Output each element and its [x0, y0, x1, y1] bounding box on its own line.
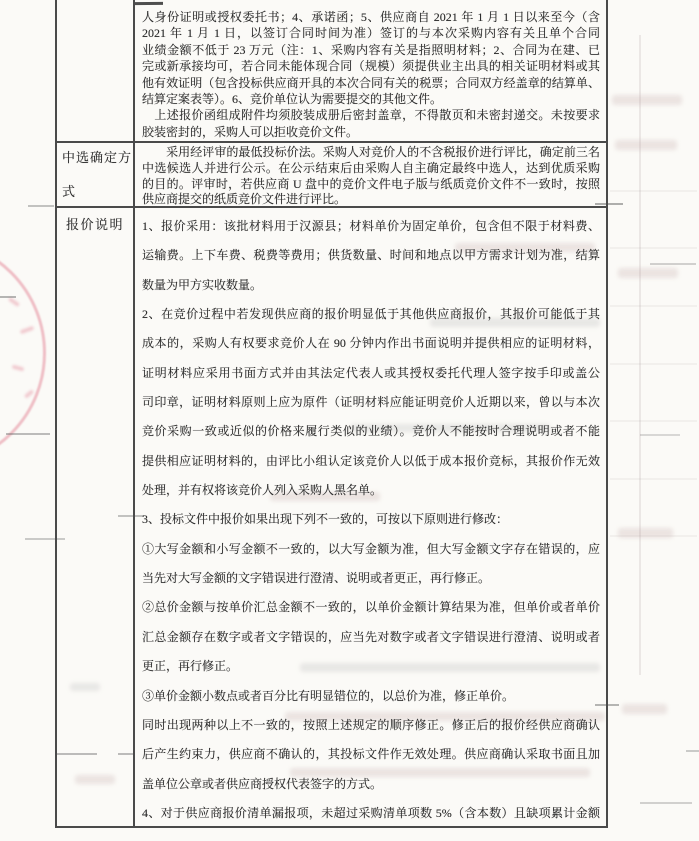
text-line: 2021 年 1 月 1 日，以签订合同时间为准）签订的与本次采购内容有关且单个… [142, 25, 600, 41]
bleed-through-mark [622, 704, 667, 714]
bleed-through-mark [615, 140, 677, 150]
bleed-through-line [610, 478, 697, 480]
text-line: 同时出现两种以上不一致的，按照上述规定的顺序修正。修正后的报价经供应商确认 [142, 711, 600, 740]
text-line: 人身份证明或授权委托书；4、承诺函；5、供应商自 2021 年 1 月 1 日以… [142, 9, 600, 25]
text-line: 他有效证明（包含投标供应商开具的本次合同有关的税票；合同双方经盖章的结算单、 [142, 75, 600, 91]
text-line: 1、报价采用：该批材料用于汉源县；材料单价为固定单价，包含但不限于材料费、 [142, 212, 600, 241]
bleed-through-line [610, 305, 697, 307]
red-seal-edge-mark [0, 238, 46, 468]
text-line: 汇总金额存在数字或者文字错误的，应当先对数字或者文字错误进行澄清、说明或者 [142, 623, 600, 652]
bleed-through-line [639, 35, 641, 675]
table-border-right [606, 0, 608, 828]
red-seal-fragment [8, 297, 20, 307]
scan-artifact-dash [6, 433, 50, 435]
row-label-quotation-notes: 报价说明 [55, 214, 135, 233]
table-cell-selection-method: 采用经评审的最低投标价法。采购人对竞价人的不含税报价进行评比，确定前三名中选候选… [142, 145, 600, 208]
table-cell-quotation-notes: 1、报价采用：该批材料用于汉源县；材料单价为固定单价，包含但不限于材料费、运输费… [142, 212, 600, 828]
bleed-through-mark [618, 268, 678, 278]
text-line: 供应商提交的纸质竞价文件进行评比。 [142, 192, 600, 208]
document-page: 人身份证明或授权委托书；4、承诺函；5、供应商自 2021 年 1 月 1 日以… [0, 0, 699, 841]
text-line: 3、投标文件中报价如果出现下列不一致的，可按以下原则进行修改： [142, 505, 600, 534]
bleed-through-line [610, 535, 697, 537]
text-line: 处理，并有权将该竞价人列入采购人黑名单。 [142, 476, 600, 505]
terms-table: 人身份证明或授权委托书；4、承诺函；5、供应商自 2021 年 1 月 1 日以… [55, 0, 608, 841]
bleed-through-line [610, 247, 697, 249]
text-line: 4、对于供应商报价清单漏报项，未超过采购清单项数 5%（含本数）且缺项累计金额 [142, 799, 600, 828]
row-label-line: 式 [62, 175, 132, 209]
table-column-divider [133, 0, 135, 828]
text-line: 2、在竞价过程中若发现供应商的报价明显低于其他供应商报价，其报价可能低于其 [142, 300, 600, 329]
text-line: 运输费。上下车费、税费等费用；供货数量、时间和地点以甲方需求计划为准，结算 [142, 241, 600, 270]
text-line: 采用经评审的最低投标价法。采购人对竞价人的不含税报价进行评比，确定前三名 [142, 145, 600, 161]
scan-artifact-dash [640, 434, 680, 436]
row-label-selection-method: 中选确定方 式 [62, 141, 132, 209]
scan-artifact-dash [28, 205, 54, 207]
text-line: 结算定案表等）。6、竞价单位认为需要提交的其他文件。 [142, 91, 600, 107]
text-line: 后产生约束力，供应商不确认的，其投标文件作无效处理。供应商确认采取书面且加 [142, 740, 600, 769]
text-line: 胶装密封的，采购人可以拒收竞价文件。 [142, 124, 600, 140]
red-seal-fragment [12, 365, 25, 372]
text-line: 提供相应证明材料的，由评比小组认定该竞价人以低于成本报价竞标，其报价作无效 [142, 447, 600, 476]
bleed-through-line [610, 420, 697, 422]
text-line: 竞价采购一致或近似的价格来履行类似的业绩）。竞价人不能按时合理说明或者不能 [142, 417, 600, 446]
text-line: ③单价金额小数点或者百分比有明显错位的，以总价为准，修正单价。 [142, 682, 600, 711]
scan-artifact-dash [640, 802, 692, 804]
text-line: 成本的，采购人有权要求竞价人在 90 分钟内作出书面说明并提供相应的证明材料， [142, 329, 600, 358]
scan-artifact-dash [0, 296, 16, 298]
row-label-line: 中选确定方 [62, 141, 132, 175]
text-line: 当先对大写金额的文字错误进行澄清、说明或者更正，再行修正。 [142, 564, 600, 593]
text-line: 的目的。评审时，若供应商 U 盘中的竞价文件电子版与纸质竞价文件不一致时，按照 [142, 177, 600, 193]
table-border-left [55, 0, 57, 828]
text-line: ②总价金额与按单价汇总金额不一致的，以单价金额计算结果为准，但单价或者单价 [142, 593, 600, 622]
bleed-through-mark [612, 95, 682, 105]
text-line: 证明材料应采用书面方式并由其法定代表人或其授权委托代理人签字按手印或盖公 [142, 359, 600, 388]
text-line: 业绩金额不低于 23 万元（注：1、采购内容有关是指照明材料；2、合同为在建、已 [142, 42, 600, 58]
text-line: 司印章，证明材料原则上应为原件（证明材料应能证明竞价人近期以来，曾以与本次 [142, 388, 600, 417]
scan-artifact-dash [686, 750, 699, 752]
table-row-divider [55, 141, 608, 143]
table-cell-attachments-continued: 人身份证明或授权委托书；4、承诺函；5、供应商自 2021 年 1 月 1 日以… [142, 9, 600, 140]
text-line: 数量为甲方实收数量。 [142, 271, 600, 300]
bleed-through-line [610, 190, 697, 192]
scan-artifact-dash [650, 263, 696, 265]
text-line: 中选候选人并进行公示。在公示结束后由采购人自主确定最终中选人，达到优质采购 [142, 161, 600, 177]
red-seal-fragment [24, 389, 34, 398]
text-line: 完或新承接均可，若合同未能体现合同（规模）须提供业主出具的相关证明材料或其 [142, 58, 600, 74]
bleed-through-mark [618, 528, 673, 538]
text-line: 上述报价函组成附件均须胶装成册后密封盖章，不得散页和未密封递交。未按要求 [142, 107, 600, 123]
red-seal-fragment [20, 326, 35, 335]
text-line: 更正，再行修正。 [142, 652, 600, 681]
text-line: ①大写金额和小写金额不一致的，以大写金额为准，但大写金额文字存在错误的，应 [142, 535, 600, 564]
bleed-through-line [610, 363, 697, 365]
row-label-line: 报价说明 [66, 217, 124, 232]
text-line: 盖单位公章或者供应商授权代表签字的方式。 [142, 770, 600, 799]
